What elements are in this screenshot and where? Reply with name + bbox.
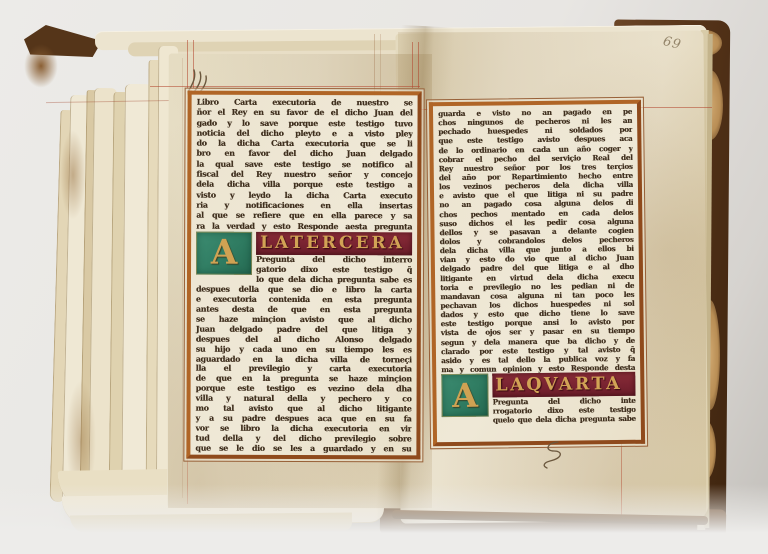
manuscript-text-line: la qual save este testigo se notifico al bbox=[196, 159, 412, 170]
edge-stain bbox=[24, 44, 58, 88]
manuscript-text-line: Juan delgado padre del que litiga y bbox=[196, 325, 412, 336]
chapter-banner-right: LAQVARTA bbox=[492, 372, 635, 398]
left-text-block: Libro Carta executoria de nuestro señor … bbox=[183, 88, 424, 463]
left-lower-text: lo que dela dicha pregunta sabe es quede… bbox=[195, 275, 412, 454]
ink-flourish bbox=[536, 440, 572, 470]
illuminated-initial-right: A bbox=[441, 374, 489, 418]
left-upper-text: Libro Carta executoria de nuestro señor … bbox=[196, 98, 412, 233]
manuscript-text-line: quelo que dela dicha pregunta sabe es bbox=[493, 414, 636, 425]
illuminated-initial-left: A bbox=[196, 231, 252, 274]
manuscript-text-line: lo que dela dicha pregunta sabe es que bbox=[256, 275, 412, 285]
bottom-page-edge bbox=[70, 513, 352, 534]
edge-stain bbox=[60, 130, 86, 220]
manuscript-text-line: gatorio dixo este testigo q̃ bbox=[256, 265, 412, 276]
manuscript-text-line: y a su padre despues aca que en su fa bbox=[195, 414, 411, 425]
ruling-line bbox=[621, 440, 622, 518]
right-text-block: guarda e visto no an pagado en pechos ni… bbox=[426, 97, 648, 450]
manuscript-text-line: su hijo y cada uno en su tiempo les es bbox=[196, 344, 412, 355]
right-text-block-frame: guarda e visto no an pagado en pechos ni… bbox=[429, 100, 645, 447]
right-upper-text: guarda e visto no an pagado en pechos ni… bbox=[438, 107, 635, 374]
manuscript-text-line: bro en favor del dicho Juan delgado bbox=[196, 149, 412, 160]
manuscript-text-line: ria y notificaciones en ella insertas bbox=[196, 201, 412, 212]
manuscript-text-line: despues del al dicho Alonso delgado bbox=[196, 334, 412, 345]
manuscript-text-line: que se le dio se les a guardado y en su bbox=[195, 443, 411, 454]
manuscript-text-line: tud della y del dicho previlegio sobre bbox=[195, 433, 411, 444]
ruling-line bbox=[187, 458, 188, 504]
manuscript-text-line: ra la verdad y esto Responde aesta pregu… bbox=[196, 221, 412, 232]
manuscript-text-line: gado y lo save porque este testigo tuvo bbox=[197, 118, 413, 129]
left-text-content: Libro Carta executoria de nuestro señor … bbox=[190, 95, 417, 457]
ruling-line bbox=[418, 42, 419, 88]
chapter-banner-left: LATERCERA bbox=[256, 232, 412, 256]
right-text-content: guarda e visto no an pagado en pechos ni… bbox=[433, 104, 641, 429]
manuscript-text-line: al que se refiere que en ella parece y s… bbox=[196, 211, 412, 222]
manuscript-text-line: Pregunta del dicho interro bbox=[256, 255, 412, 266]
manuscript-text-line: dela dicha villa porque este testigo a bbox=[196, 180, 412, 191]
ruling-line bbox=[412, 42, 413, 88]
ruling-line bbox=[640, 107, 712, 108]
manuscript-text-line: se haze minçion avisto que al dicho bbox=[196, 315, 412, 326]
manuscript-photo: 69 Libro Carta executoria de nuestro señ… bbox=[0, 0, 768, 554]
left-text-block-frame: Libro Carta executoria de nuestro señor … bbox=[186, 91, 421, 460]
manuscript-text-line: visto y leydo la dicha Carta executo bbox=[196, 190, 412, 201]
manuscript-text-line: fiscal del Rey nuestro señor y concejo bbox=[196, 170, 412, 181]
manuscript-text-line: do la dicha Carta executoria que se li bbox=[196, 139, 412, 150]
manuscript-text-line: mo tal avisto que al dicho litigante bbox=[196, 404, 412, 415]
manuscript-text-line: Libro Carta executoria de nuestro se bbox=[197, 98, 413, 109]
manuscript-text-line: noticia del dicho pleyto e a visto pley bbox=[196, 129, 412, 140]
manuscript-text-line: vor se libro la dicha executoria en vir bbox=[195, 423, 411, 434]
manuscript-text-line: ñor el Rey en su favor de el dicho Juan … bbox=[197, 108, 413, 119]
